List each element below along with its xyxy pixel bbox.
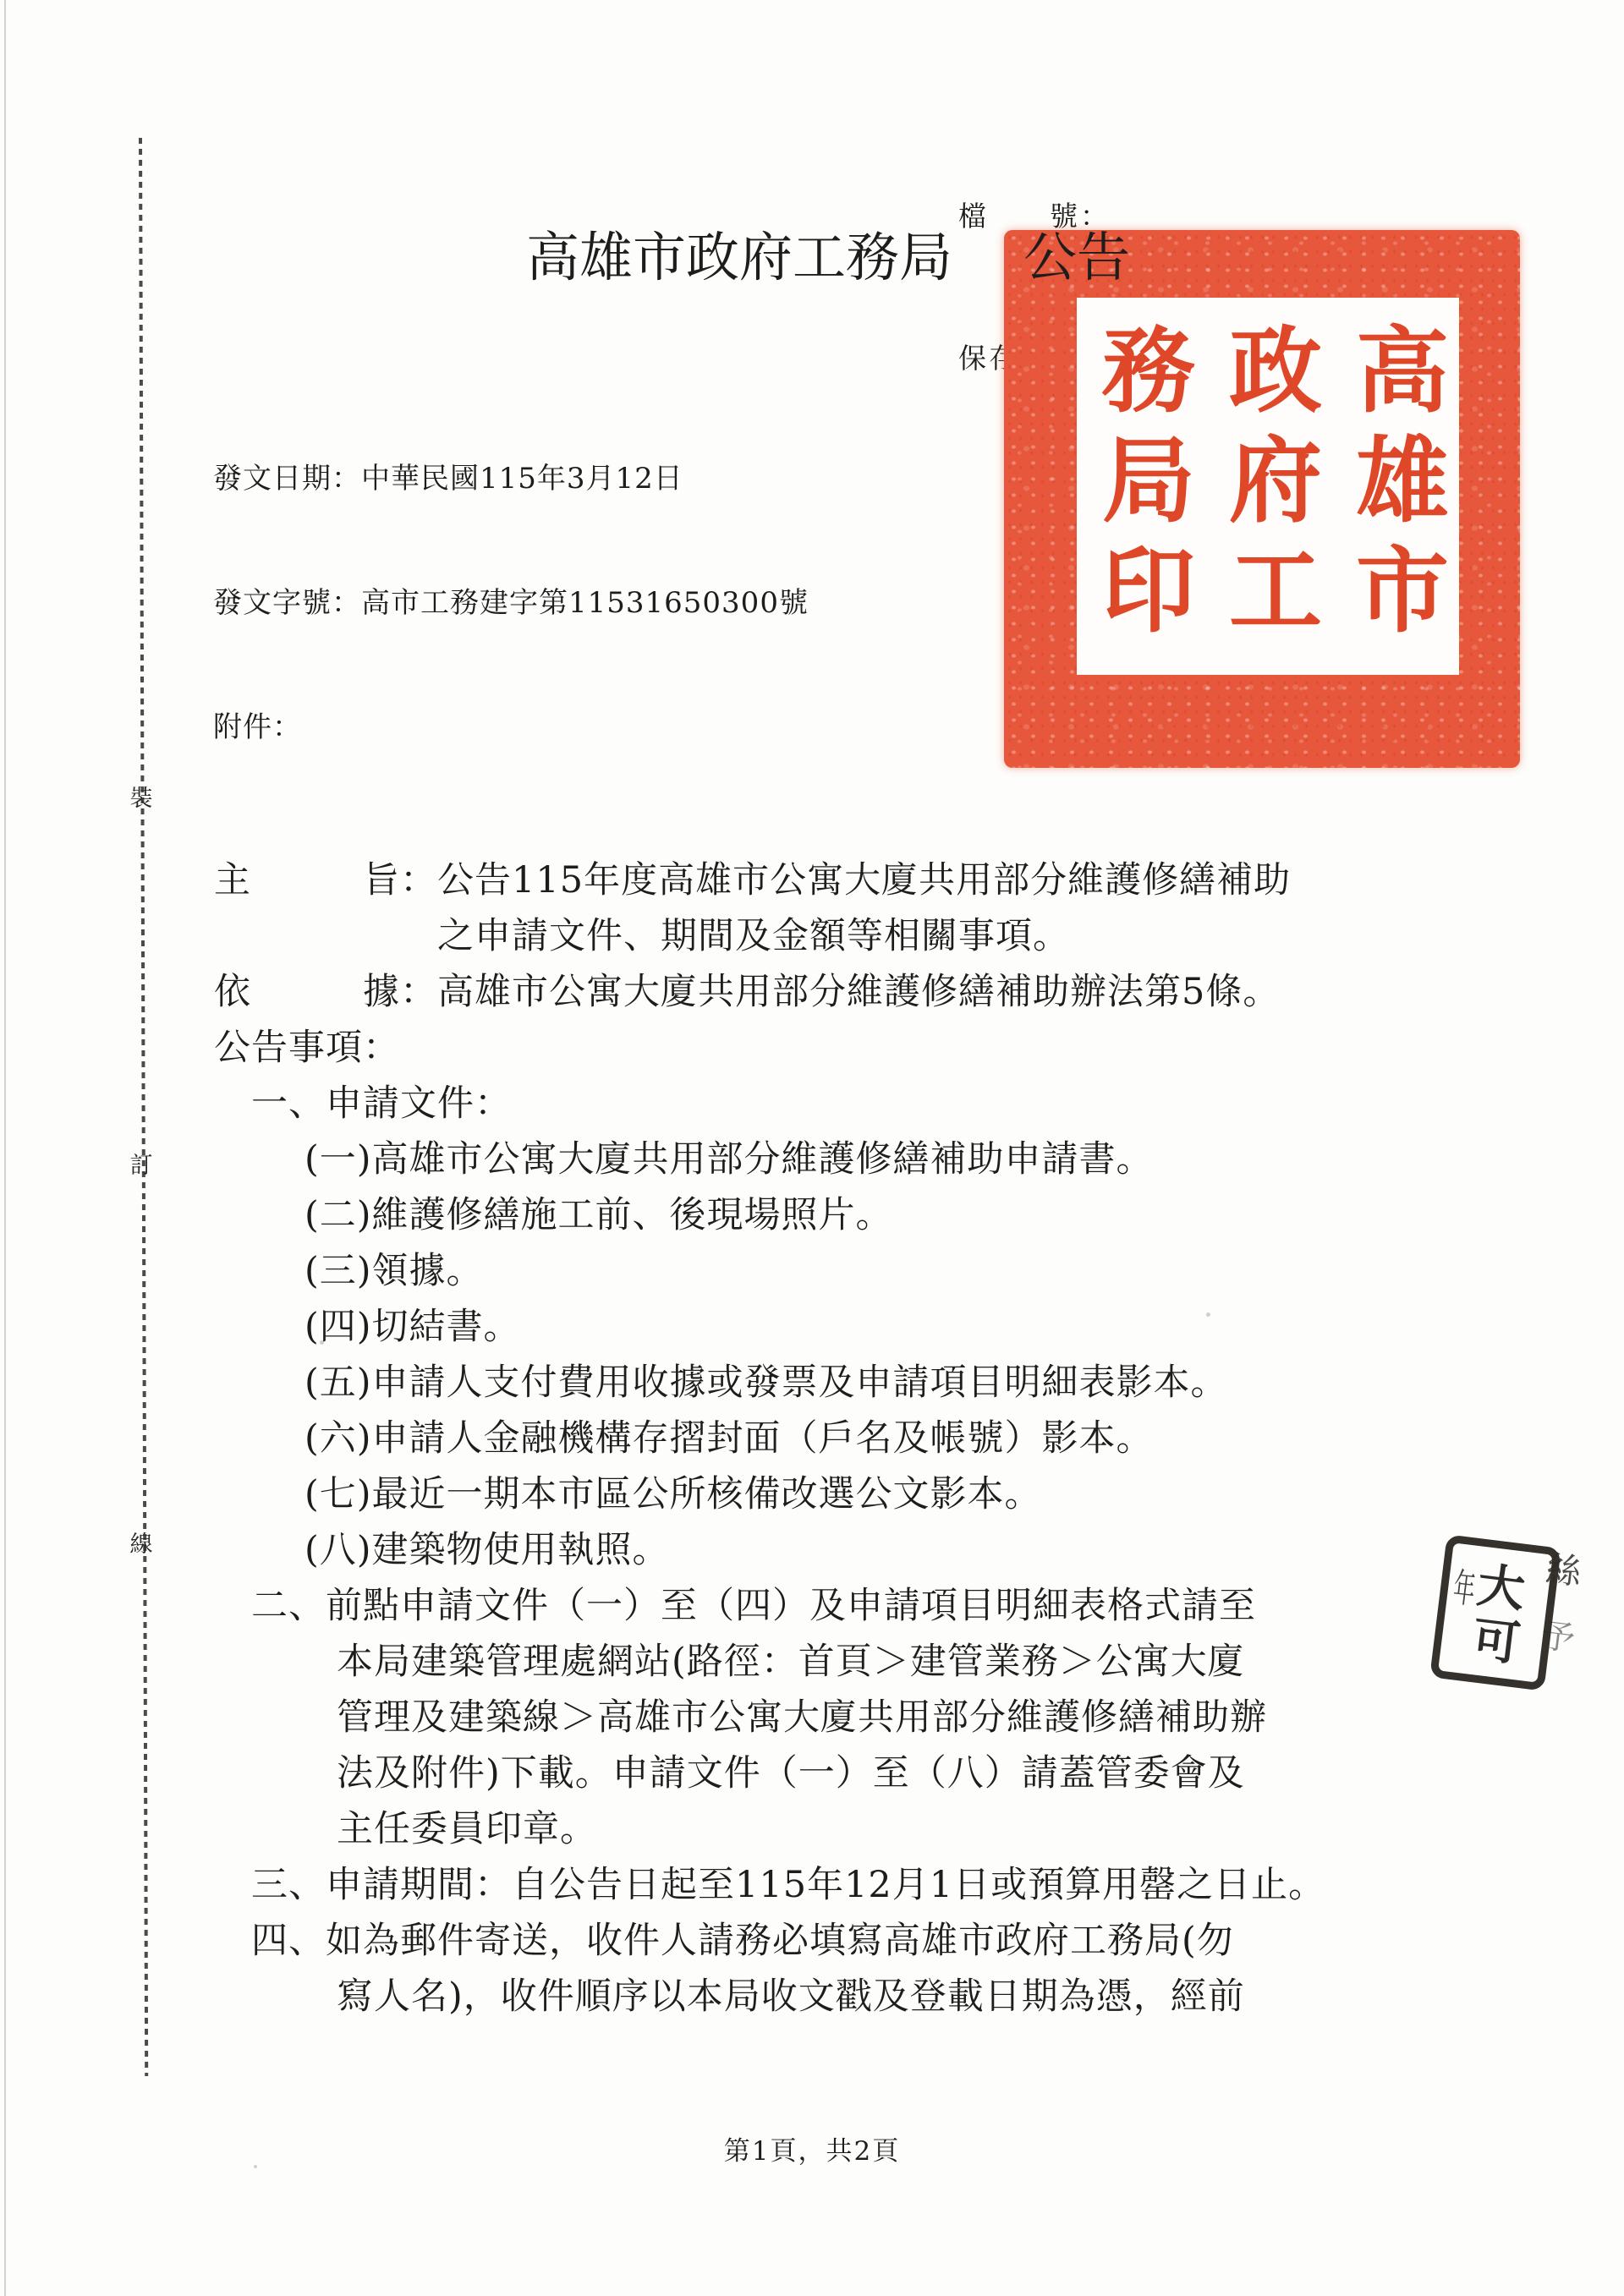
body-line: 依 據：高雄市公寓大廈共用部分維護修繕補助辦法第5條。 [214,964,1624,1020]
document-title: 高雄市政府工務局 公告 [526,215,1130,292]
attachment-label: 附件： [213,707,809,748]
body-line: (二)維護修繕施工前、後現場照片。 [304,1187,1624,1243]
stamp-char: 可 [1469,1602,1524,1674]
body-line: (六)申請人金融機構存摺封面（戶名及帳號）影本。 [304,1411,1624,1466]
issuance-meta: 發文日期：中華民國115年3月12日 發文字號：高市工務建字第115316503… [213,375,809,831]
doc-type-label: 公告 [1023,215,1130,292]
seal-column: 務局印 [1087,321,1196,651]
body-line: 三、申請期間：自公告日起至115年12月1日或預算用罄之日止。 [251,1857,1624,1913]
scan-speck [254,2165,257,2168]
issue-number: 發文字號：高市工務建字第11531650300號 [213,583,809,624]
body-line: 公告事項： [214,1020,1624,1076]
body-line: 寫人名)，收件順序以本局收文戳及登載日期為憑，經前 [337,1969,1624,2025]
body-line: (七)最近一期本市區公所核備改選公文影本。 [304,1466,1624,1522]
seal-column: 政府工 [1214,321,1323,651]
body-line: 主任委員印章。 [337,1801,1624,1857]
body-line: (一)高雄市公寓大廈共用部分維護修繕補助申請書。 [304,1132,1624,1187]
body-line: (四)切結書。 [304,1299,1624,1355]
issuer-name: 高雄市政府工務局 [526,215,952,292]
body-line: (三)領據。 [304,1243,1624,1299]
body-line: 主 旨：公告115年度高雄市公寓大廈共用部分維護修繕補助 [214,852,1624,908]
body-line: 管理及建築線＞高雄市公寓大廈共用部分維護修繕補助辦 [337,1690,1624,1745]
stamp-char: 予 [1539,1608,1578,1660]
seal-script-text: 高雄市 政府工 務局印 [1078,321,1458,651]
official-seal: 高雄市 政府工 務局印 [1004,230,1520,768]
body-line: 四、如為郵件寄送，收件人請務必填寫高雄市政府工務局(勿 [251,1913,1624,1969]
seal-inner-panel: 高雄市 政府工 務局印 [1077,298,1459,675]
body-line: 一、申請文件： [251,1076,1624,1132]
document-page: 裝 訂 線 檔 號： 保存年限： 高雄市 政府工 務局印 高雄市政府工務局 公告… [0,0,1624,2296]
page-number: 第1頁，共2頁 [0,2129,1624,2167]
binding-char: 裝 [125,780,157,813]
body-line: 法及附件)下載。申請文件（一）至（八）請蓋管委會及 [337,1745,1624,1801]
seal-column: 高雄市 [1341,321,1450,651]
body-line: 之申請文件、期間及金額等相關事項。 [437,908,1624,964]
body-line: 二、前點申請文件（一）至（四）及申請項目明細表格式請至 [251,1578,1624,1634]
stamp-char: 絲 [1544,1541,1585,1596]
body-line: (五)申請人支付費用收據或發票及申請項目明細表影本。 [304,1355,1624,1411]
body-text: 主 旨：公告115年度高雄市公寓大廈共用部分維護修繕補助之申請文件、期間及金額等… [0,852,1624,2025]
body-line: (八)建築物使用執照。 [304,1522,1624,1578]
issue-date: 發文日期：中華民國115年3月12日 [213,458,809,500]
personal-stamp: 年 大 可 絲 予 [1429,1534,1561,1690]
